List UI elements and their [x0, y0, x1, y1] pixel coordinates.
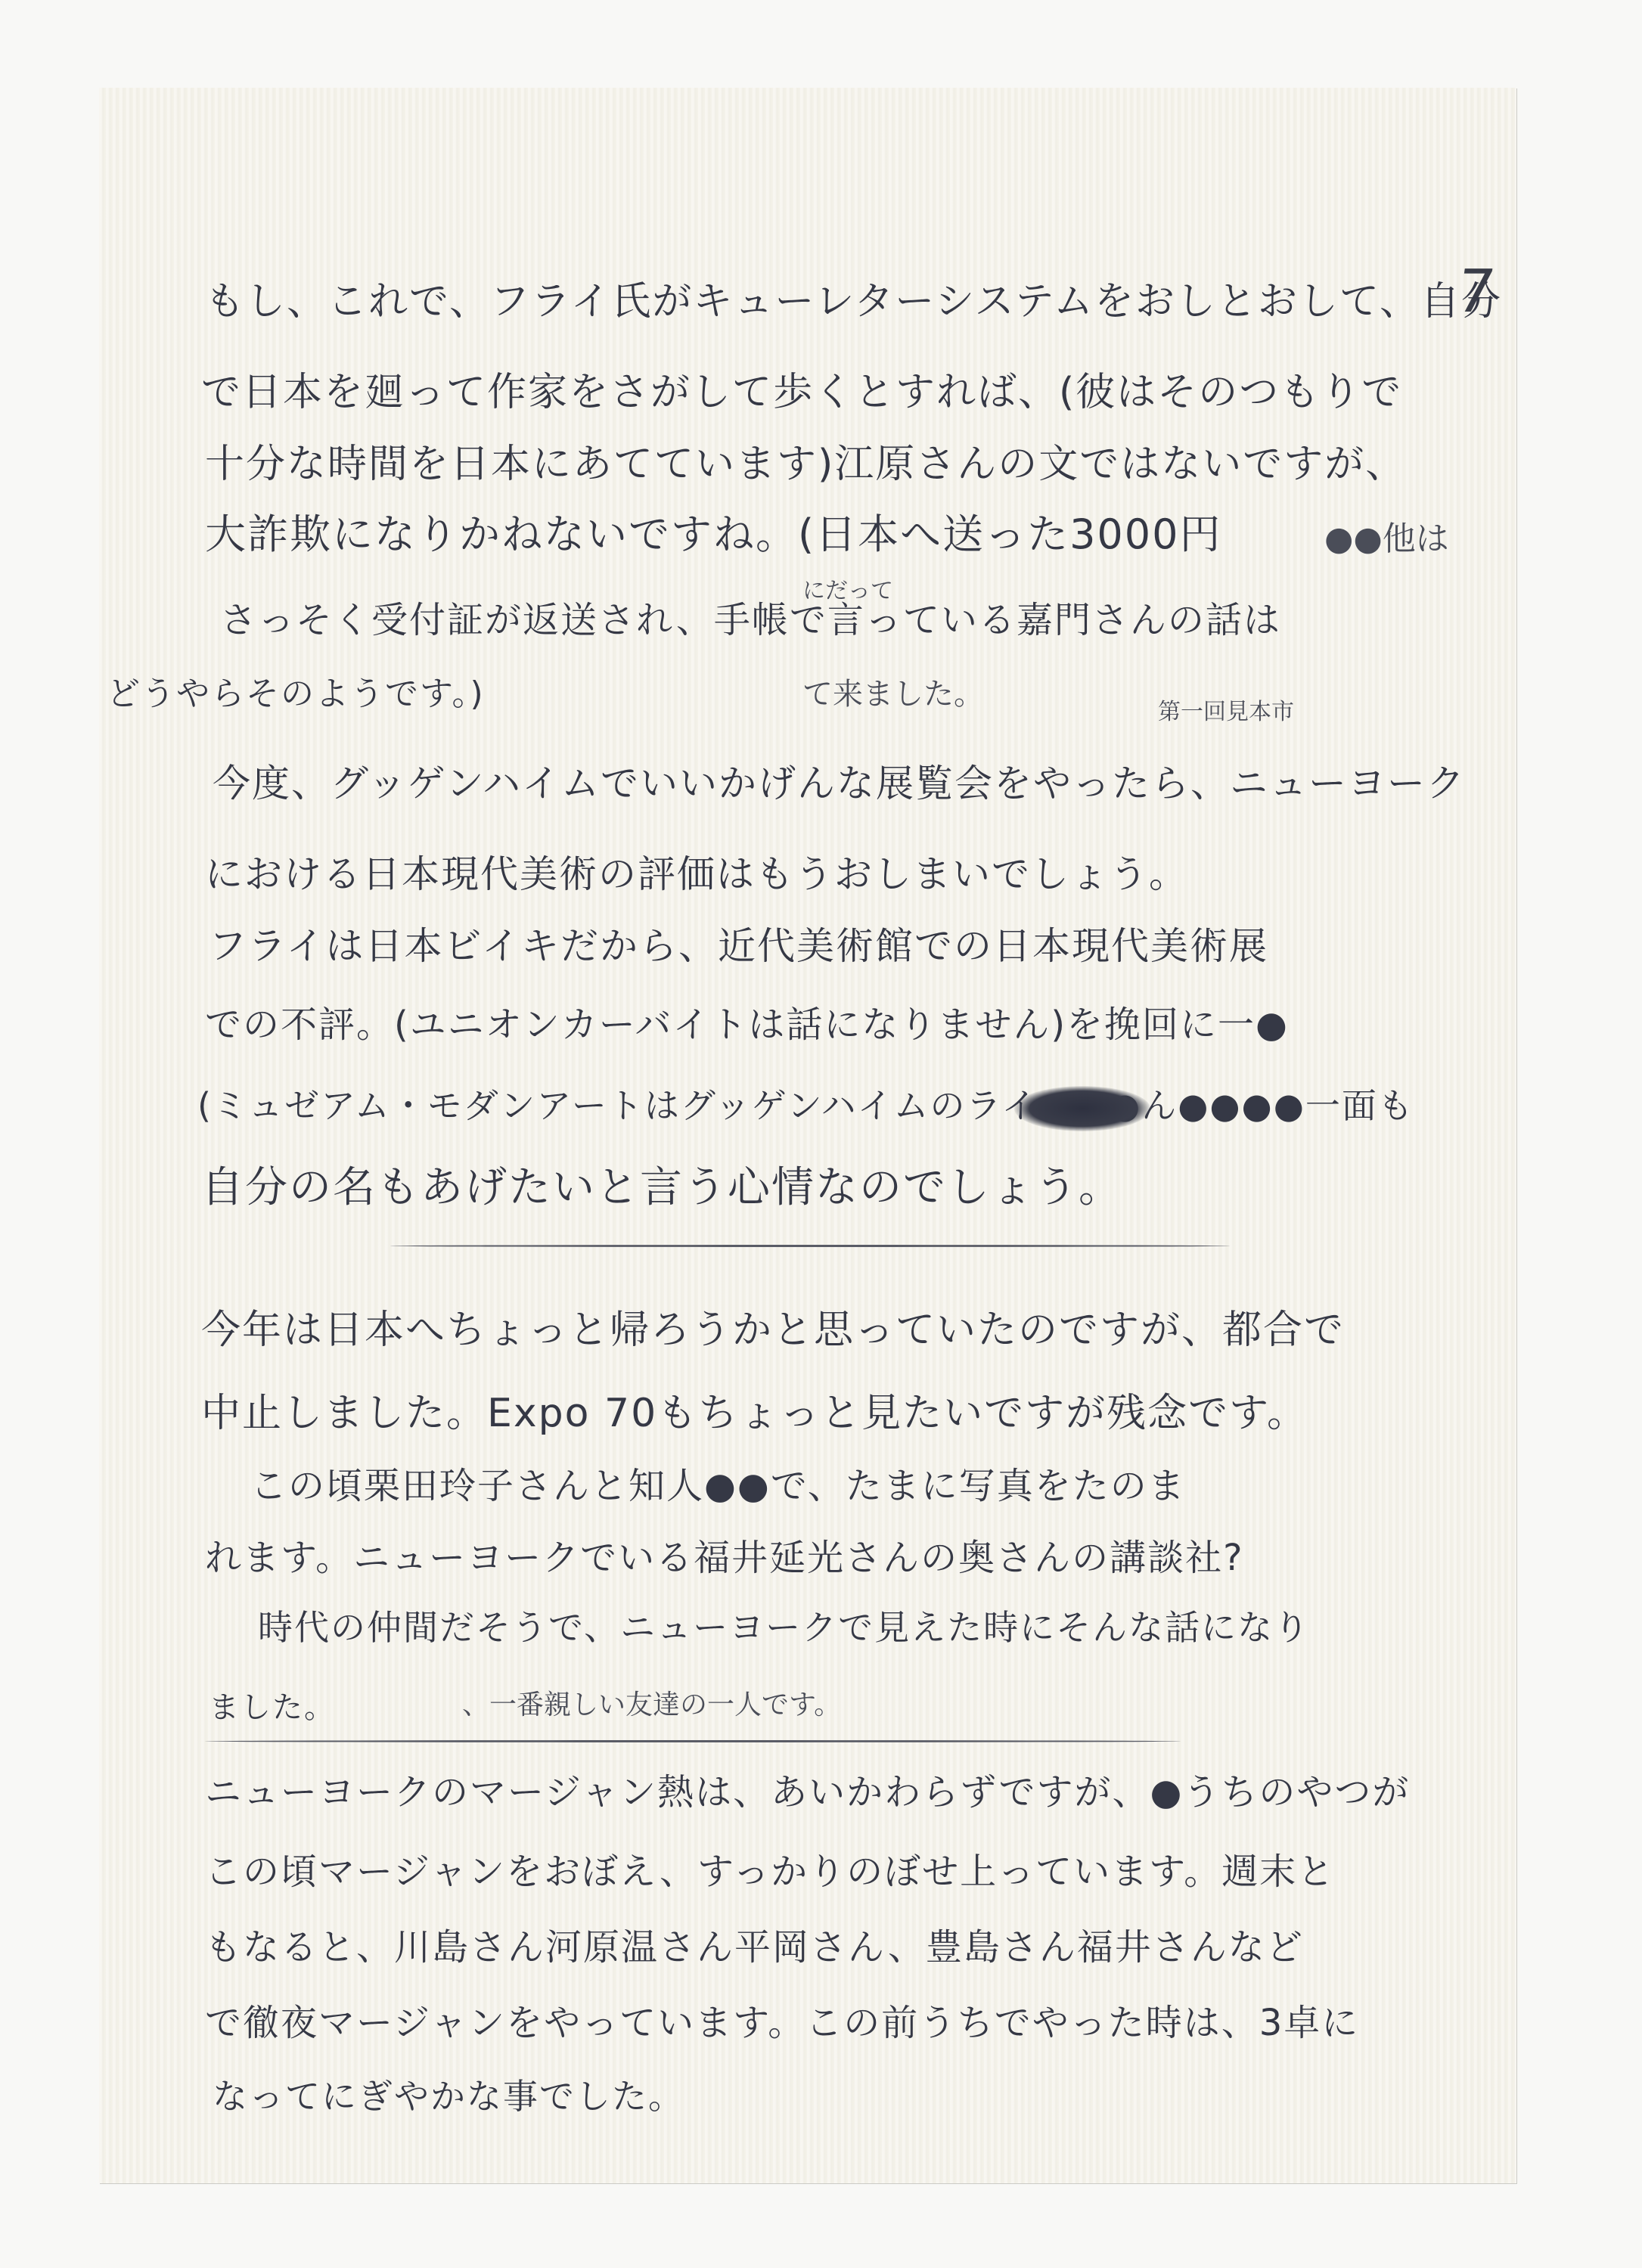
- text-line: における日本現代美術の評価はもうおしまいでしょう。: [205, 844, 1188, 898]
- text-line: 時代の仲間だそうで、ニューヨークで見えた時にそんな話になり: [258, 1600, 1310, 1650]
- text-line: なってにぎやかな事でした。: [213, 2069, 684, 2119]
- text-line: ました。: [209, 1683, 336, 1727]
- text-line: さっそく受付証が返送され、手帳で言っている嘉門さんの話は: [220, 591, 1281, 643]
- text-line: で日本を廻って作家をさがして歩くとすれば、(彼はそのつもりで: [201, 360, 1402, 417]
- text-line: もし、これで、フライ氏がキューレターシステムをおしとおして、自分: [205, 269, 1502, 326]
- text-line: ニューヨークのマージャン熱は、あいかわらずですが、●うちのやつが: [205, 1763, 1410, 1815]
- text-line: 大詐欺になりかねないですね。(日本へ送った3000円: [205, 502, 1222, 560]
- interlinear-annotation: 、一番親しい友達の一人です。: [462, 1683, 841, 1722]
- interlinear-annotation: て来ました。: [802, 670, 984, 713]
- text-line: どうやらそのようです。): [107, 666, 485, 715]
- crossed-out-text: [1014, 1086, 1150, 1131]
- text-line: 今度、グッゲンハイムでいいかげんな展覧会をやったら、ニューヨーク: [213, 753, 1466, 808]
- text-line: この頃栗田玲子さんと知人●●で、たまに写真をたのま: [250, 1457, 1186, 1509]
- scanned-page: 7 もし、これで、フライ氏がキューレターシステムをおしとおして、自分 で日本を廻…: [0, 0, 1642, 2268]
- text-line: での不評。(ユニオンカーバイトは話になりません)を挽回に一●: [205, 995, 1289, 1047]
- text-line: この頃マージャンをおぼえ、すっかりのぼせ上っています。週末と: [205, 1842, 1335, 1894]
- text-line: 中止しました。Expo 70もちょっと見たいですが残念です。: [201, 1381, 1308, 1438]
- margin-annotation: 第一回見本市: [1158, 693, 1294, 726]
- text-line: で徹夜マージャンをやっています。この前うちでやった時は、3卓に: [205, 1993, 1359, 2046]
- text-line: もなると、川島さん河原温さん平岡さん、豊島さん福井さんなど: [205, 1918, 1304, 1970]
- text-line: (ミュゼアム・モダンアートはグッゲンハイムのライバル●ん●●●●一面も: [197, 1078, 1414, 1128]
- text-line: 十分な時間を日本にあてています)江原さんの文ではないですが、: [205, 432, 1406, 489]
- letter-paper: 7 もし、これで、フライ氏がキューレターシステムをおしとおして、自分 で日本を廻…: [99, 88, 1516, 2183]
- text-line: 自分の名もあげたいと言う心情なのでしょう。: [201, 1154, 1122, 1215]
- section-divider: [205, 1740, 1181, 1742]
- section-divider: [390, 1245, 1230, 1247]
- margin-annotation: ●●他は: [1324, 511, 1449, 560]
- text-line: フライは日本ビイキだから、近代美術館での日本現代美術展: [209, 916, 1268, 970]
- text-line: 今年は日本へちょっと帰ろうかと思っていたのですが、都合で: [201, 1298, 1345, 1354]
- text-line: れます。ニューヨークでいる福井延光さんの奥さんの講談社?: [205, 1528, 1244, 1581]
